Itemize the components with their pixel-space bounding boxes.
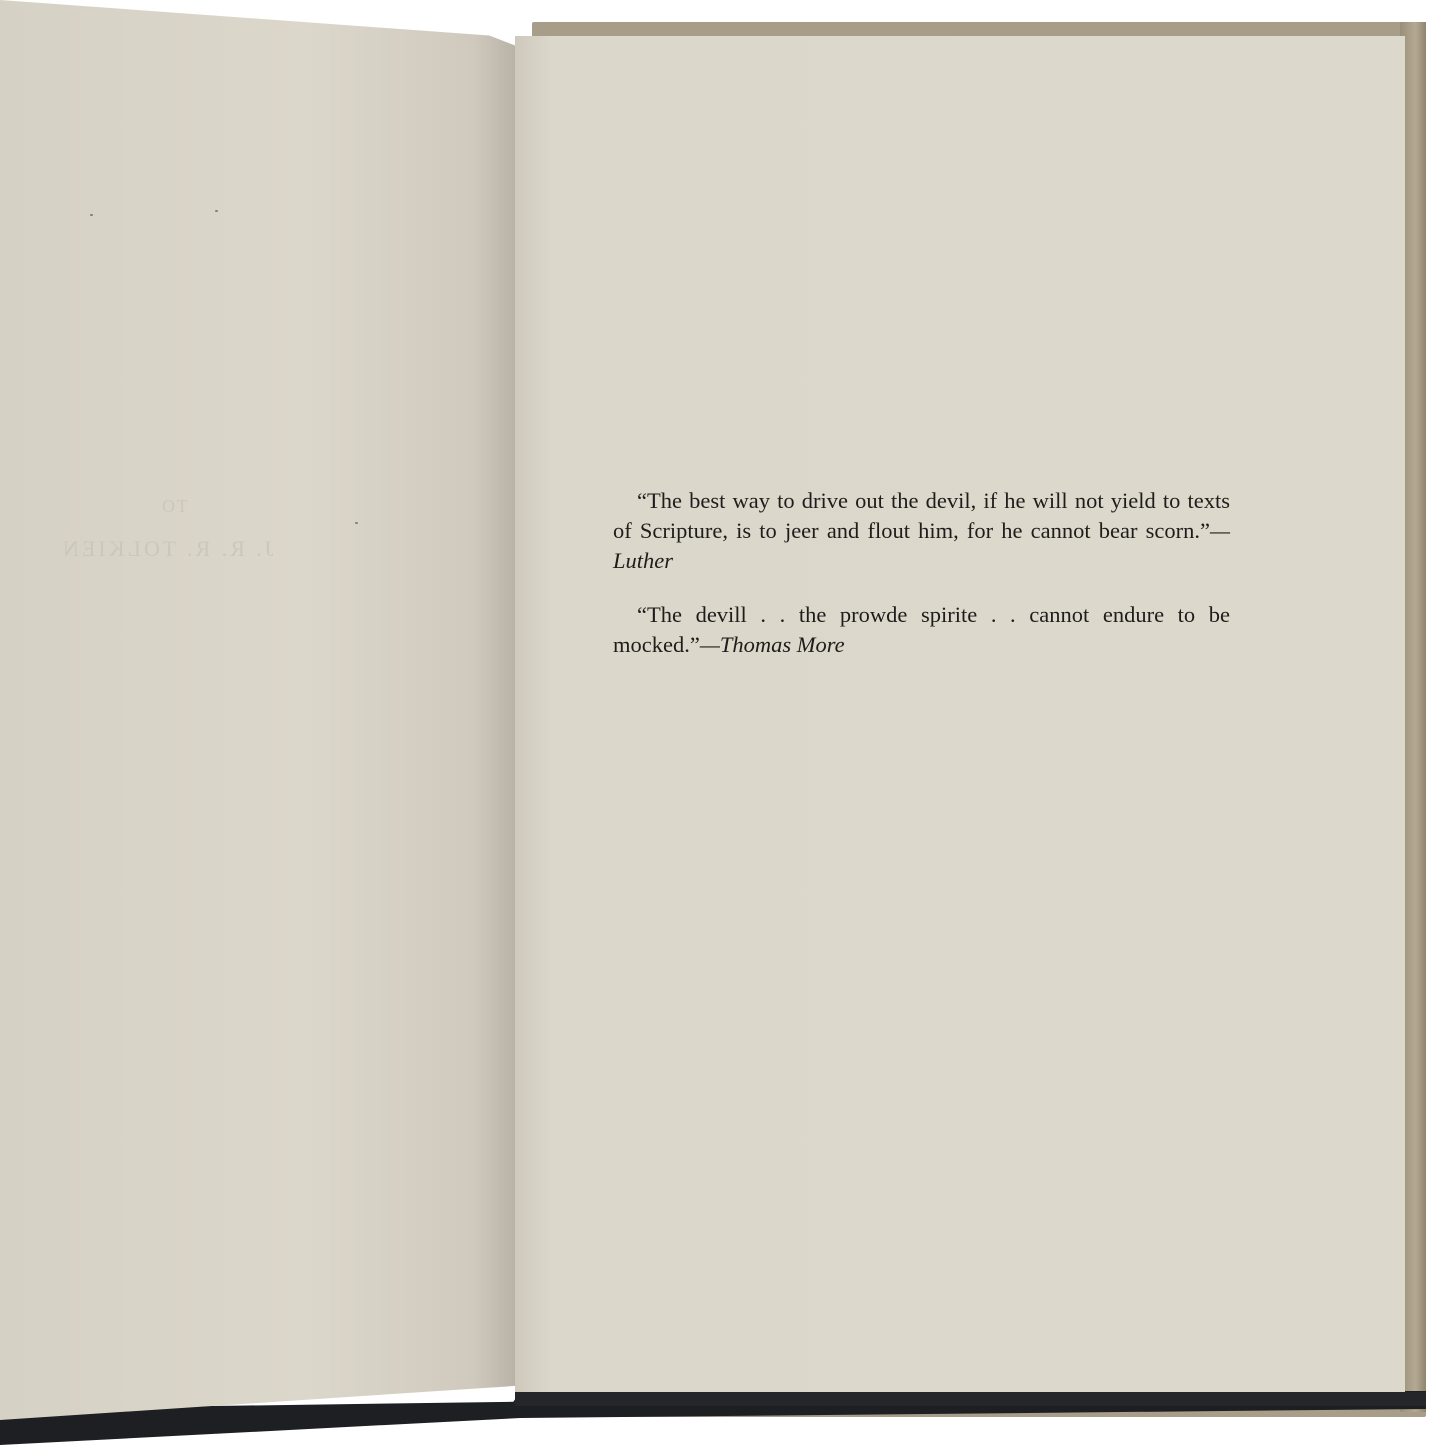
showthrough-dedication-to: TO	[160, 496, 188, 517]
paper-speck	[90, 214, 93, 216]
right-page	[515, 36, 1405, 1392]
paper-speck	[215, 210, 218, 212]
showthrough-dedication-name: J. R. R. TOLKIEN	[60, 536, 273, 562]
epigraph-block: “The best way to drive out the devil, if…	[613, 486, 1230, 660]
book-binding-strip	[515, 1392, 1426, 1406]
epigraph-more: “The devill . . the prowde spirite . . c…	[613, 600, 1230, 660]
epigraph-text: “The best way to drive out the devil, if…	[613, 488, 1230, 543]
left-page: TO J. R. R. TOLKIEN	[0, 0, 515, 1420]
epigraph-attribution: —Thomas More	[700, 632, 845, 657]
paper-speck	[355, 522, 358, 524]
epigraph-luther: “The best way to drive out the devil, if…	[613, 486, 1230, 576]
